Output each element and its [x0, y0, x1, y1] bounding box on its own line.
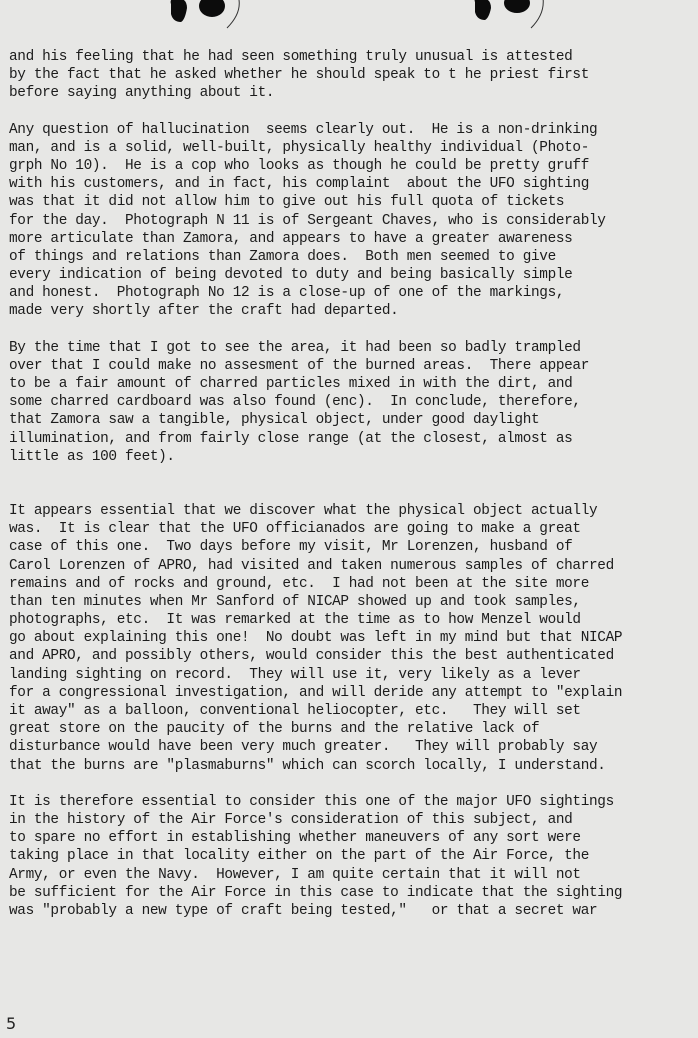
- text-line: to be a fair amount of charred particles…: [9, 375, 698, 393]
- text-line: be sufficient for the Air Force in this …: [9, 884, 698, 902]
- text-line: Army, or even the Navy. However, I am qu…: [9, 866, 698, 884]
- text-line: was. It is clear that the UFO officianad…: [9, 520, 698, 538]
- text-line: made very shortly after the craft had de…: [9, 302, 698, 320]
- text-line: Any question of hallucination seems clea…: [9, 121, 698, 139]
- text-line: taking place in that locality either on …: [9, 847, 698, 865]
- text-line: It is therefore essential to consider th…: [9, 793, 698, 811]
- text-line: By the time that I got to see the area, …: [9, 339, 698, 357]
- text-line: great store on the paucity of the burns …: [9, 720, 698, 738]
- text-line: every indication of being devoted to dut…: [9, 266, 698, 284]
- page-number: 5: [6, 1014, 16, 1033]
- text-line: in the history of the Air Force's consid…: [9, 811, 698, 829]
- paragraph: Any question of hallucination seems clea…: [9, 121, 698, 321]
- binder-punch-hole-right: [465, 0, 555, 34]
- text-line: than ten minutes when Mr Sanford of NICA…: [9, 593, 698, 611]
- typewritten-body: and his feeling that he had seen somethi…: [9, 48, 698, 938]
- text-line: landing sighting on record. They will us…: [9, 666, 698, 684]
- paragraph: By the time that I got to see the area, …: [9, 339, 698, 466]
- text-line: some charred cardboard was also found (e…: [9, 393, 698, 411]
- text-line: was that it did not allow him to give ou…: [9, 193, 698, 211]
- text-line: go about explaining this one! No doubt w…: [9, 629, 698, 647]
- text-line: remains and of rocks and ground, etc. I …: [9, 575, 698, 593]
- text-line: man, and is a solid, well-built, physica…: [9, 139, 698, 157]
- text-line: more articulate than Zamora, and appears…: [9, 230, 698, 248]
- text-line: to spare no effort in establishing wheth…: [9, 829, 698, 847]
- paragraph: and his feeling that he had seen somethi…: [9, 48, 698, 103]
- paragraph: It is therefore essential to consider th…: [9, 793, 698, 920]
- text-line: Carol Lorenzen of APRO, had visited and …: [9, 557, 698, 575]
- text-line: that Zamora saw a tangible, physical obj…: [9, 411, 698, 429]
- text-line: case of this one. Two days before my vis…: [9, 538, 698, 556]
- text-line: it away" as a balloon, conventional heli…: [9, 702, 698, 720]
- text-line: and honest. Photograph No 12 is a close-…: [9, 284, 698, 302]
- text-line: for the day. Photograph N 11 is of Serge…: [9, 212, 698, 230]
- text-line: was "probably a new type of craft being …: [9, 902, 698, 920]
- text-line: for a congressional investigation, and w…: [9, 684, 698, 702]
- text-line: and APRO, and possibly others, would con…: [9, 647, 698, 665]
- text-line: photographs, etc. It was remarked at the…: [9, 611, 698, 629]
- paragraph: It appears essential that we discover wh…: [9, 502, 698, 775]
- text-line: and his feeling that he had seen somethi…: [9, 48, 698, 66]
- text-line: illumination, and from fairly close rang…: [9, 430, 698, 448]
- text-line: that the burns are "plasmaburns" which c…: [9, 757, 698, 775]
- document-page: and his feeling that he had seen somethi…: [0, 0, 698, 1038]
- text-line: disturbance would have been very much gr…: [9, 738, 698, 756]
- text-line: It appears essential that we discover wh…: [9, 502, 698, 520]
- text-line: little as 100 feet).: [9, 448, 698, 466]
- text-line: over that I could make no assesment of t…: [9, 357, 698, 375]
- binder-punch-hole-left: [165, 0, 255, 34]
- text-line: grph No 10). He is a cop who looks as th…: [9, 157, 698, 175]
- text-line: before saying anything about it.: [9, 84, 698, 102]
- text-line: by the fact that he asked whether he sho…: [9, 66, 698, 84]
- text-line: of things and relations than Zamora does…: [9, 248, 698, 266]
- text-line: with his customers, and in fact, his com…: [9, 175, 698, 193]
